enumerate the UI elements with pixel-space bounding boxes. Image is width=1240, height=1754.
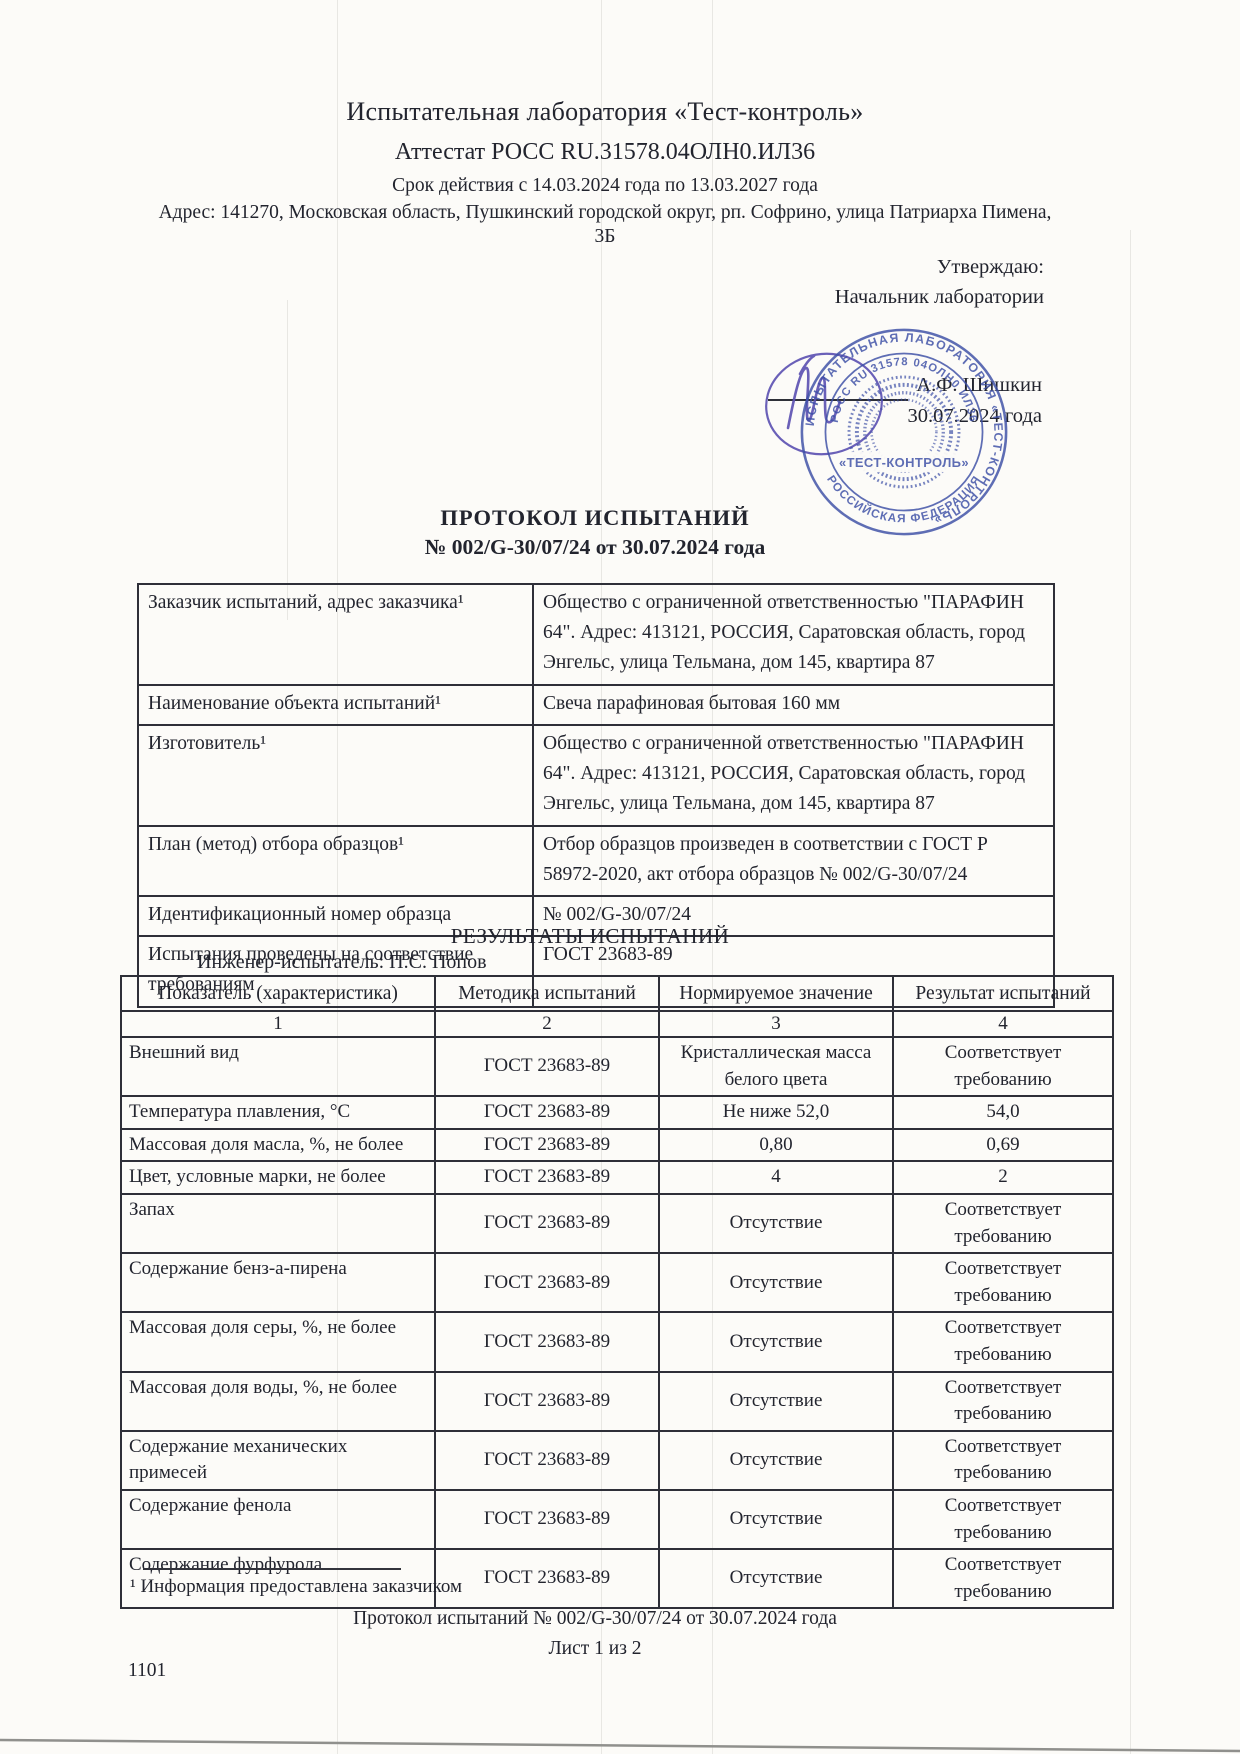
norm-cell: Отсутствие (659, 1194, 893, 1253)
norm-cell: Отсутствие (659, 1312, 893, 1371)
table-row: Массовая доля воды, %, не более ГОСТ 236… (121, 1372, 1113, 1431)
approval-block: Утверждаю: Начальник лаборатории (835, 253, 1044, 312)
result-cell: Соответствует требованию (893, 1372, 1113, 1431)
result-cell: Соответствует требованию (893, 1549, 1113, 1608)
lab-address-line2: 3Б (0, 225, 1210, 249)
indicator-cell: Массовая доля воды, %, не более (121, 1372, 435, 1431)
norm-cell: 0,80 (659, 1129, 893, 1162)
column-number: 1 (121, 1011, 435, 1037)
table-row: Температура плавления, °С ГОСТ 23683-89 … (121, 1096, 1113, 1129)
scan-paper-edge (0, 1700, 1240, 1754)
column-number: 3 (659, 1011, 893, 1037)
scan-artifact-line (1130, 230, 1131, 1754)
result-cell: Соответствует требованию (893, 1490, 1113, 1549)
result-cell: 54,0 (893, 1096, 1113, 1129)
indicator-cell: Температура плавления, °С (121, 1096, 435, 1129)
column-number: 4 (893, 1011, 1113, 1037)
result-cell: 0,69 (893, 1129, 1113, 1162)
table-row: Наименование объекта испытаний¹ Свеча па… (138, 685, 1054, 725)
column-header: Нормируемое значение (659, 976, 893, 1011)
method-cell: ГОСТ 23683-89 (435, 1161, 659, 1194)
table-row: Содержание механических примесей ГОСТ 23… (121, 1431, 1113, 1490)
approve-word: Утверждаю: (835, 253, 1044, 283)
method-cell: ГОСТ 23683-89 (435, 1194, 659, 1253)
column-number: 2 (435, 1011, 659, 1037)
method-cell: ГОСТ 23683-89 (435, 1253, 659, 1312)
norm-cell: Отсутствие (659, 1431, 893, 1490)
norm-cell: 4 (659, 1161, 893, 1194)
footnote-text: ¹ Информация предоставлена заказчиком (130, 1576, 462, 1598)
table-row: Массовая доля масла, %, не более ГОСТ 23… (121, 1129, 1113, 1162)
indicator-cell: Внешний вид (121, 1037, 435, 1096)
table-row: Запах ГОСТ 23683-89 Отсутствие Соответст… (121, 1194, 1113, 1253)
table-row: Содержание бенз-а-пирена ГОСТ 23683-89 О… (121, 1253, 1113, 1312)
table-row: Содержание фенола ГОСТ 23683-89 Отсутств… (121, 1490, 1113, 1549)
stamp-center-text: «ТЕСТ-КОНТРОЛЬ» (839, 455, 969, 470)
info-value-cell: Отбор образцов произведен в соответствии… (533, 826, 1054, 896)
results-section-title: РЕЗУЛЬТАТЫ ИСПЫТАНИЙ (0, 924, 1180, 949)
table-row: Изготовитель¹ Общество с ограниченной от… (138, 725, 1054, 826)
result-cell: Соответствует требованию (893, 1037, 1113, 1096)
column-header: Показатель (характеристика) (121, 976, 435, 1011)
footnote-divider (143, 1568, 401, 1570)
norm-cell: Кристаллическая масса белого цвета (659, 1037, 893, 1096)
info-label-cell: Изготовитель¹ (138, 725, 533, 826)
method-cell: ГОСТ 23683-89 (435, 1096, 659, 1129)
column-numbers-row: 1 2 3 4 (121, 1011, 1113, 1037)
method-cell: ГОСТ 23683-89 (435, 1549, 659, 1608)
table-row: Цвет, условные марки, не более ГОСТ 2368… (121, 1161, 1113, 1194)
footer-sheet-number: Лист 1 из 2 (0, 1638, 1190, 1660)
method-cell: ГОСТ 23683-89 (435, 1431, 659, 1490)
validity-period: Срок действия с 14.03.2024 года по 13.03… (0, 174, 1210, 198)
info-value-cell: Свеча парафиновая бытовая 160 мм (533, 685, 1054, 725)
indicator-cell: Массовая доля серы, %, не более (121, 1312, 435, 1371)
info-label-cell: План (метод) отбора образцов¹ (138, 826, 533, 896)
info-value-cell: Общество с ограниченной ответственностью… (533, 725, 1054, 826)
info-label-cell: Заказчик испытаний, адрес заказчика¹ (138, 584, 533, 685)
column-header: Методика испытаний (435, 976, 659, 1011)
round-stamp: ИСПЫТАТЕЛЬНАЯ ЛАБОРАТОРИЯ «ТЕСТ-КОНТРОЛЬ… (796, 324, 1012, 540)
document-header: Испытательная лаборатория «Тест-контроль… (0, 96, 1210, 250)
result-cell: Соответствует требованию (893, 1194, 1113, 1253)
result-cell: Соответствует требованию (893, 1312, 1113, 1371)
footer-code: 1101 (128, 1660, 166, 1682)
norm-cell: Отсутствие (659, 1253, 893, 1312)
method-cell: ГОСТ 23683-89 (435, 1312, 659, 1371)
method-cell: ГОСТ 23683-89 (435, 1372, 659, 1431)
norm-cell: Не ниже 52,0 (659, 1096, 893, 1129)
table-row: Массовая доля серы, %, не более ГОСТ 236… (121, 1312, 1113, 1371)
info-label-cell: Наименование объекта испытаний¹ (138, 685, 533, 725)
footer-protocol-ref: Протокол испытаний № 002/G-30/07/24 от 3… (0, 1608, 1190, 1630)
column-header: Результат испытаний (893, 976, 1113, 1011)
result-cell: 2 (893, 1161, 1113, 1194)
result-cell: Соответствует требованию (893, 1431, 1113, 1490)
norm-cell: Отсутствие (659, 1372, 893, 1431)
scan-artifact-line (287, 300, 288, 620)
info-value-cell: Общество с ограниченной ответственностью… (533, 584, 1054, 685)
method-cell: ГОСТ 23683-89 (435, 1129, 659, 1162)
indicator-cell: Цвет, условные марки, не более (121, 1161, 435, 1194)
method-cell: ГОСТ 23683-89 (435, 1037, 659, 1096)
result-cell: Соответствует требованию (893, 1253, 1113, 1312)
indicator-cell: Массовая доля масла, %, не более (121, 1129, 435, 1162)
norm-cell: Отсутствие (659, 1549, 893, 1608)
lab-title: Испытательная лаборатория «Тест-контроль… (0, 96, 1210, 129)
table-row: План (метод) отбора образцов¹ Отбор обра… (138, 826, 1054, 896)
indicator-cell: Содержание механических примесей (121, 1431, 435, 1490)
table-row: Заказчик испытаний, адрес заказчика¹ Общ… (138, 584, 1054, 685)
method-cell: ГОСТ 23683-89 (435, 1490, 659, 1549)
indicator-cell: Содержание бенз-а-пирена (121, 1253, 435, 1312)
approver-role: Начальник лаборатории (835, 283, 1044, 313)
results-table: Показатель (характеристика) Методика исп… (120, 975, 1114, 1609)
lab-address-line1: Адрес: 141270, Московская область, Пушки… (0, 201, 1210, 225)
attestat-number: Аттестат РОСС RU.31578.04ОЛН0.ИЛ36 (0, 137, 1210, 167)
results-header-row: Показатель (характеристика) Методика исп… (121, 976, 1113, 1011)
norm-cell: Отсутствие (659, 1490, 893, 1549)
engineer-line: Инженер-испытатель: П.С. Попов (197, 951, 487, 974)
indicator-cell: Запах (121, 1194, 435, 1253)
scanned-document-page: Испытательная лаборатория «Тест-контроль… (0, 0, 1240, 1754)
table-row: Внешний вид ГОСТ 23683-89 Кристаллическа… (121, 1037, 1113, 1096)
indicator-cell: Содержание фенола (121, 1490, 435, 1549)
